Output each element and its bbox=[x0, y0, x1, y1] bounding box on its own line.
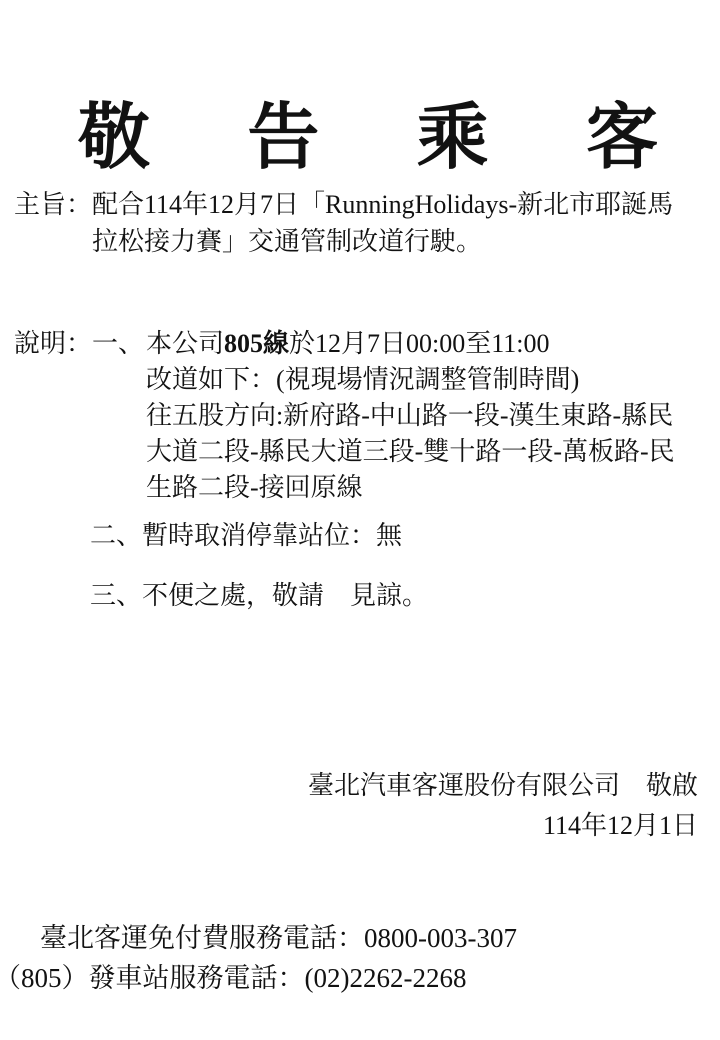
notice-date: 114年12月1日 bbox=[0, 806, 698, 846]
item-2-number: 二、 bbox=[90, 521, 142, 550]
item-3-number: 三、 bbox=[90, 581, 142, 610]
explanation-section: 說明： 一、 本公司805線於12月7日00:00至11:00 改道如下：(視現… bbox=[14, 326, 714, 614]
subject-text: 配合114年12月7日「RunningHolidays-新北市耶誕馬 拉松接力賽… bbox=[92, 186, 712, 260]
item-3-text: 不便之處，敬請 見諒。 bbox=[142, 581, 428, 610]
item-1-line-5: 生路二段-接回原線 bbox=[146, 470, 712, 506]
subject-label: 主旨： bbox=[14, 186, 92, 260]
explanation-label: 說明： bbox=[14, 326, 92, 506]
item-1-number: 一、 bbox=[92, 326, 146, 506]
passenger-notice-page: 敬 告 乘 客 主旨： 配合114年12月7日「RunningHolidays-… bbox=[0, 0, 720, 1040]
item-1-line-4: 大道二段-縣民大道三段-雙十路一段-萬板路-民 bbox=[146, 434, 712, 470]
title-char-1: 敬 bbox=[78, 100, 150, 176]
item-1-line-1: 本公司805線於12月7日00:00至11:00 bbox=[146, 326, 712, 362]
signature-section: 臺北汽車客運股份有限公司 敬啟 114年12月1日 bbox=[0, 766, 720, 846]
explanation-item-2: 二、暫時取消停靠站位：無 bbox=[90, 518, 714, 554]
notice-title: 敬 告 乘 客 bbox=[78, 100, 658, 176]
item-2-text: 暫時取消停靠站位：無 bbox=[142, 521, 402, 550]
depot-service-phone: （805）發車站服務電話：(02)2262-2268 bbox=[0, 958, 720, 998]
footer-section: 臺北客運免付費服務電話：0800-003-307 （805）發車站服務電話：(0… bbox=[0, 918, 720, 998]
item-1-line-3: 往五股方向:新府路-中山路一段-漢生東路-縣民 bbox=[146, 398, 712, 434]
explanation-item-1: 說明： 一、 本公司805線於12月7日00:00至11:00 改道如下：(視現… bbox=[14, 326, 714, 506]
item-1-line-1-prefix: 本公司 bbox=[146, 329, 224, 358]
route-number: 805線 bbox=[224, 329, 289, 358]
toll-free-service-phone: 臺北客運免付費服務電話：0800-003-307 bbox=[40, 918, 720, 958]
company-name: 臺北汽車客運股份有限公司 敬啟 bbox=[0, 766, 698, 806]
subject-line-1: 配合114年12月7日「RunningHolidays-新北市耶誕馬 bbox=[92, 186, 712, 223]
title-char-3: 乘 bbox=[417, 100, 489, 176]
subject-section: 主旨： 配合114年12月7日「RunningHolidays-新北市耶誕馬 拉… bbox=[14, 186, 712, 260]
item-1-content: 本公司805線於12月7日00:00至11:00 改道如下：(視現場情況調整管制… bbox=[146, 326, 712, 506]
item-1-line-2: 改道如下：(視現場情況調整管制時間) bbox=[146, 362, 712, 398]
subject-line-2: 拉松接力賽」交通管制改道行駛。 bbox=[92, 223, 712, 260]
item-1-line-1-suffix: 於12月7日00:00至11:00 bbox=[289, 329, 549, 358]
title-char-4: 客 bbox=[586, 100, 658, 176]
explanation-item-3: 三、不便之處，敬請 見諒。 bbox=[90, 578, 714, 614]
title-char-2: 告 bbox=[247, 100, 319, 176]
